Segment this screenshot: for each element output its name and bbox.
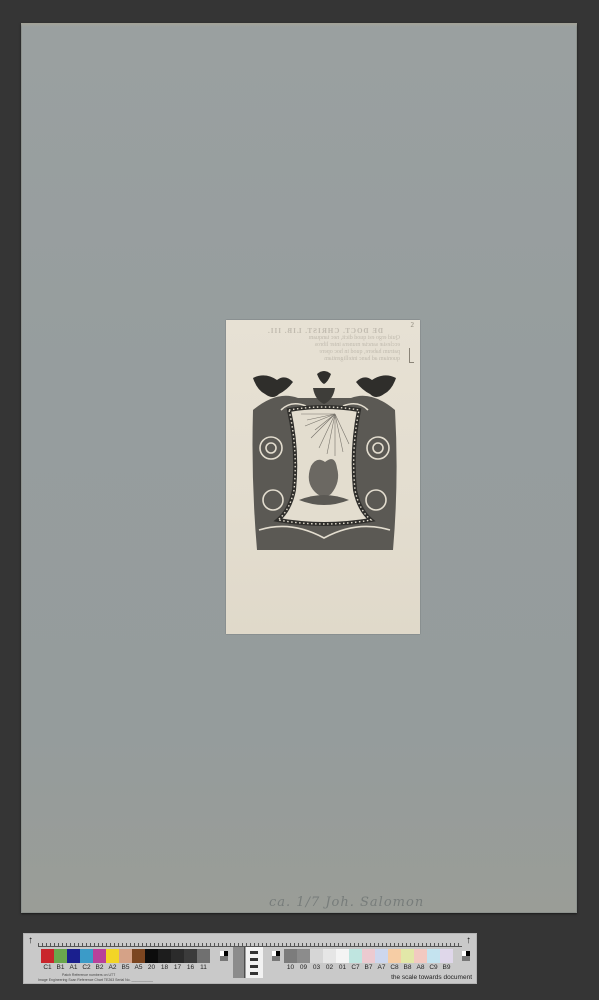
patch-label: 17 [171,964,184,971]
right-color-patches [284,949,453,963]
woodcut-print: 2 DE DOCT. CHRIST. LIB. III. Quid ergo e… [226,320,420,634]
color-patch [197,949,210,963]
color-patch [323,949,336,963]
scale-tagline: the scale towards document [391,974,472,981]
bleed-line: ecclesiæ sanctæ munera inter libros [250,342,400,349]
mount-board: 2 DE DOCT. CHRIST. LIB. III. Quid ergo e… [21,23,577,913]
patch-label: 20 [145,964,158,971]
patch-label: B5 [119,964,132,971]
color-patch [388,949,401,963]
grey-target-icon [220,951,228,961]
color-patch [349,949,362,963]
patch-label: A8 [414,964,427,971]
patch-label: C9 [427,964,440,971]
color-patch [284,949,297,963]
color-patch [171,949,184,963]
patch-label: C8 [388,964,401,971]
color-patch [401,949,414,963]
patch-label: 02 [323,964,336,971]
patch-label: 09 [297,964,310,971]
patch-label: B9 [440,964,453,971]
color-patch [310,949,323,963]
color-patch [67,949,80,963]
patch-label: 03 [310,964,323,971]
chart-footer: Image Engineering Scan Reference Chart T… [38,978,153,982]
left-color-patches [41,949,210,963]
patch-label: B8 [401,964,414,971]
color-patch [93,949,106,963]
bleed-through-header: DE DOCT. CHRIST. LIB. III. [250,328,400,335]
color-patch [297,949,310,963]
color-patch [145,949,158,963]
color-patch [106,949,119,963]
color-patch [427,949,440,963]
color-patch [375,949,388,963]
up-arrow-icon: ↑ [466,936,472,946]
color-patch [41,949,54,963]
grey-target-icon [462,951,470,961]
patch-label: 18 [158,964,171,971]
patch-label: A7 [375,964,388,971]
bleed-line: Quid ergo est quod dicit, nec tanquam [250,335,400,342]
patch-label: C1 [41,964,54,971]
bleed-line: patrum habere, quod in hoc opere [250,349,400,356]
color-patch [80,949,93,963]
patch-label: A2 [106,964,119,971]
color-patch [440,949,453,963]
bracket-mark [409,348,414,363]
left-patch-labels: C1B1A1C2B2A2B5A52018171611 [41,964,210,971]
patch-label: C7 [349,964,362,971]
patch-label: A1 [67,964,80,971]
woodcut-ornament-image [251,370,398,554]
color-patch [336,949,349,963]
patch-label: 11 [197,964,210,971]
patch-label: B7 [362,964,375,971]
color-patch [158,949,171,963]
page-number: 2 [411,321,415,329]
resolution-target [233,947,263,978]
color-reference-scale: ↑ ↑ C1B1A1C2B2A2B5A52018171611 100903020… [23,933,477,984]
patch-label: C2 [80,964,93,971]
patch-label: B2 [93,964,106,971]
patch-label: B1 [54,964,67,971]
color-patch [132,949,145,963]
color-patch [184,949,197,963]
up-arrow-icon: ↑ [28,936,34,946]
right-patch-labels: 1009030201C7B7A7C8B8A8C9B9 [284,964,453,971]
patch-label: 10 [284,964,297,971]
patch-label: 01 [336,964,349,971]
bleed-line: quoniam ad hanc intelligentiam [250,356,400,363]
color-patch [119,949,132,963]
ruler-ticks [38,937,462,947]
patch-label: 16 [184,964,197,971]
grey-target-icon [272,951,280,961]
patch-reference-note: Patch Reference numbers on UTT [62,973,115,977]
patch-label: A5 [132,964,145,971]
color-patch [54,949,67,963]
handwritten-attribution: ca. 1/7 Joh. Salomon [269,895,424,910]
color-patch [362,949,375,963]
color-patch [414,949,427,963]
